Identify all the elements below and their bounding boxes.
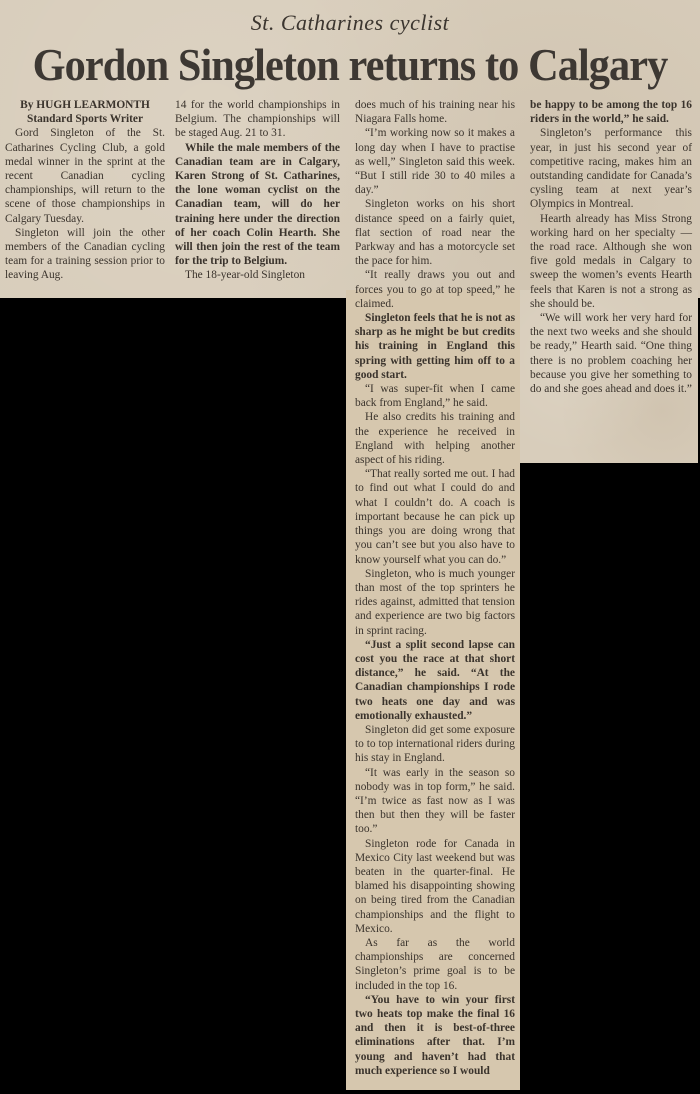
article-paragraph: Singleton rode for Canada in Mexico City… xyxy=(355,837,515,936)
article-paragraph: “I was super-fit when I came back from E… xyxy=(355,382,515,410)
article-paragraph: Singleton works on his short distance sp… xyxy=(355,197,515,268)
article-column-1: By HUGH LEARMONTH Standard Sports Writer… xyxy=(5,98,165,283)
article-paragraph: Singleton will join the other members of… xyxy=(5,226,165,283)
article-paragraph: Hearth already has Miss Strong working h… xyxy=(530,212,692,311)
article-paragraph: While the male members of the Canadian t… xyxy=(175,141,340,269)
article-paragraph: He also credits his training and the exp… xyxy=(355,410,515,467)
article-paragraph: 14 for the world championships in Belgiu… xyxy=(175,98,340,141)
article-paragraph: Gord Singleton of the St. Catharines Cyc… xyxy=(5,126,165,225)
article-kicker: St. Catharines cyclist xyxy=(0,10,700,36)
article-paragraph: Singleton, who is much younger than most… xyxy=(355,567,515,638)
article-paragraph: “It was early in the season so nobody wa… xyxy=(355,766,515,837)
article-paragraph: Singleton feels that he is not as sharp … xyxy=(355,311,515,382)
article-paragraph: “Just a split second lapse can cost you … xyxy=(355,638,515,723)
byline-title: Standard Sports Writer xyxy=(5,112,165,126)
article-paragraph: The 18-year-old Singleton xyxy=(175,268,340,282)
article-column-4: be happy to be among the top 16 riders i… xyxy=(530,98,692,396)
article-paragraph: “You have to win your first two heats to… xyxy=(355,993,515,1078)
byline: By HUGH LEARMONTH xyxy=(5,98,165,112)
article-paragraph: “That really sorted me out. I had to fin… xyxy=(355,467,515,566)
article-paragraph: “We will work her very hard for the next… xyxy=(530,311,692,396)
article-paragraph: “I’m working now so it makes a long day … xyxy=(355,126,515,197)
article-paragraph: Singleton did get some exposure to to to… xyxy=(355,723,515,766)
article-paragraph: does much of his training near his Niaga… xyxy=(355,98,515,126)
article-paragraph: As far as the world championships are co… xyxy=(355,936,515,993)
article-headline: Gordon Singleton returns to Calgary xyxy=(28,38,672,91)
article-paragraph: be happy to be among the top 16 riders i… xyxy=(530,98,692,126)
article-column-3: does much of his training near his Niaga… xyxy=(355,98,515,1078)
article-paragraph: “It really draws you out and forces you … xyxy=(355,268,515,311)
article-paragraph: Singleton’s performance this year, in ju… xyxy=(530,126,692,211)
article-column-2: 14 for the world championships in Belgiu… xyxy=(175,98,340,283)
